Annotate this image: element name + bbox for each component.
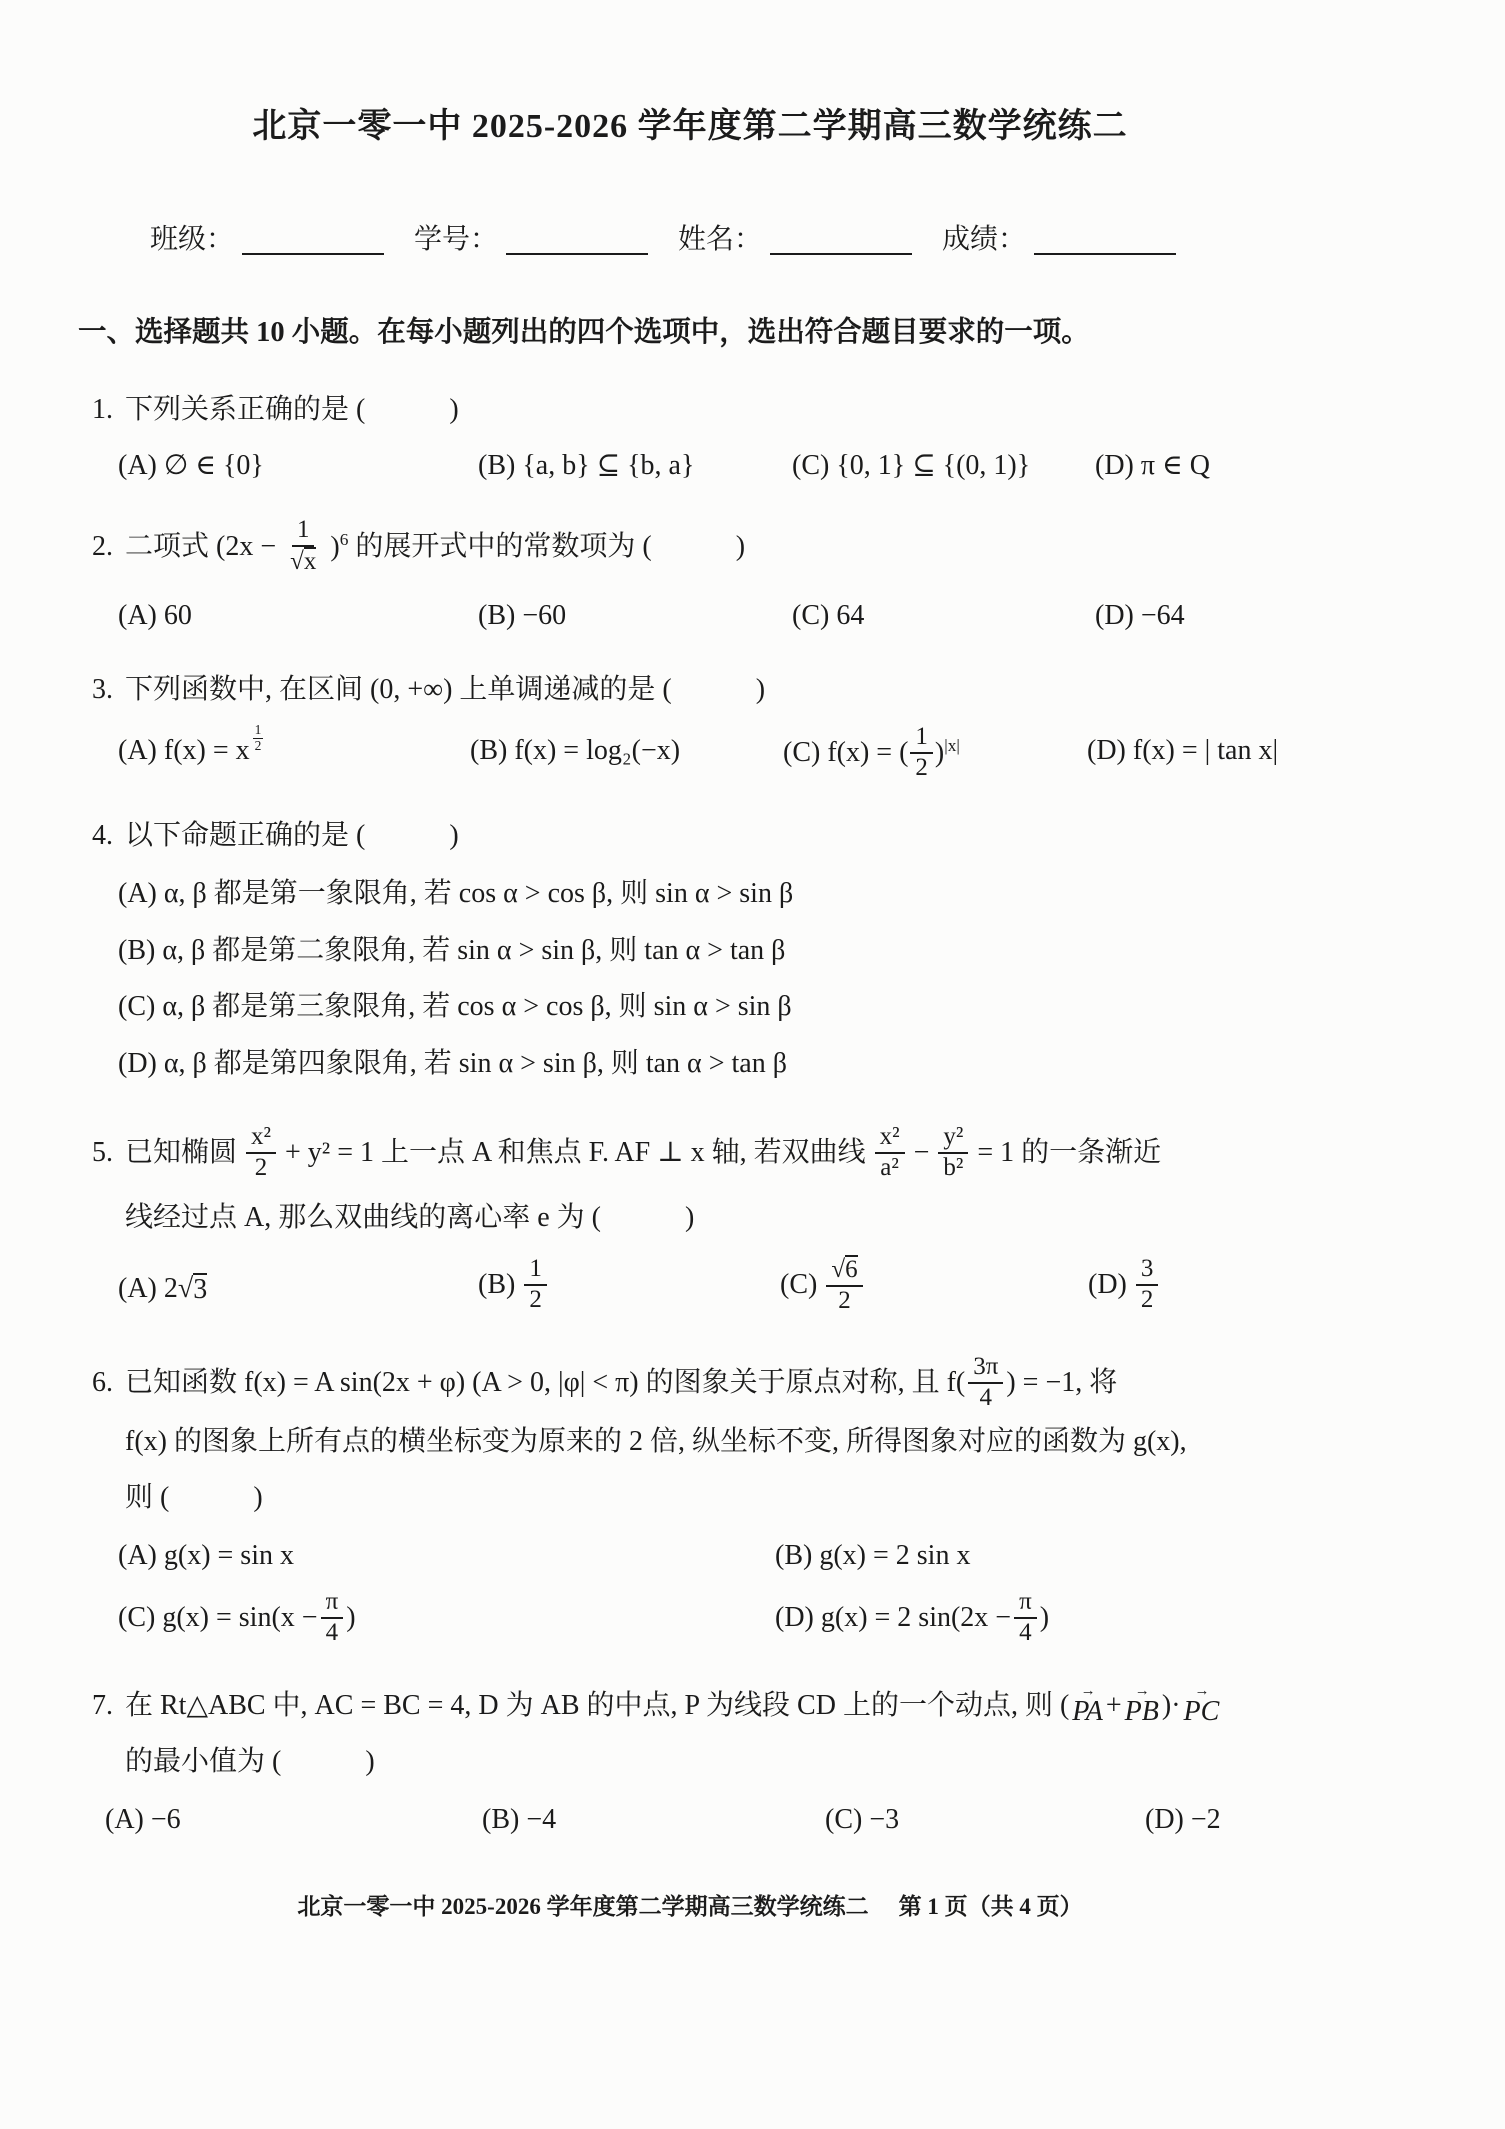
question-3-text: 下列函数中, 在区间 (0, +∞) 上单调递减的是 ( ): [125, 672, 765, 707]
question-2-number: 2.: [92, 529, 113, 564]
question-6-stem-line2: f(x) 的图象上所有点的横坐标变为原来的 2 倍, 纵坐标不变, 所得图象对应…: [125, 1424, 1187, 1459]
frac-den: b²: [938, 1154, 968, 1183]
exponent-abs-x: |x|: [944, 736, 960, 755]
option-a-text: (A) 2: [118, 1273, 178, 1305]
option-a-text: (A) f(x) = x: [118, 735, 250, 767]
name-blank-line: [770, 224, 912, 255]
question-7-stem-line2: 的最小值为 ( ): [125, 1744, 375, 1779]
question-1-text: 下列关系正确的是 ( ): [125, 392, 459, 427]
question-6-stem-line3: 则 ( ): [125, 1480, 263, 1515]
option-c-exponent-group: )|x|: [935, 736, 960, 769]
page-title: 北京一零一中 2025-2026 学年度第二学期高三数学统练二: [0, 106, 1380, 149]
option-c-text: (C) g(x) = sin(x −: [118, 1602, 318, 1634]
question-2-stem: 2. 二项式 (2x − 1 √x )6 的展开式中的常数项为 ( ): [92, 516, 745, 577]
question-7-option-d: (D) −2: [1145, 1804, 1221, 1836]
student-id-label: 学号：: [414, 222, 498, 257]
question-5-text-end: = 1 的一条渐近: [977, 1135, 1161, 1170]
question-4-option-c: (C) α, β 都是第三象限角, 若 cos α > cos β, 则 sin…: [118, 989, 792, 1024]
plus-sign: +: [1106, 1688, 1122, 1723]
score-blank-line: [1034, 224, 1176, 255]
page-footer: 北京一零一中 2025-2026 学年度第二学期高三数学统练二第 1 页（共 4…: [0, 1893, 1380, 1922]
close-paren: ): [935, 737, 944, 768]
three-halves-fraction: 32: [1136, 1255, 1159, 1315]
frac-den: a²: [875, 1154, 904, 1183]
name-label: 姓名：: [678, 222, 762, 257]
question-7-option-b: (B) −4: [482, 1804, 556, 1836]
question-4-option-b: (B) α, β 都是第二象限角, 若 sin α > sin β, 则 tan…: [118, 933, 785, 968]
vector-letters: PC: [1184, 1698, 1220, 1726]
ellipse-fraction: x²2: [246, 1123, 276, 1183]
question-5-text-pre: 已知椭圆: [125, 1135, 237, 1170]
frac-den: 2: [833, 1287, 856, 1316]
question-4-number: 4.: [92, 818, 113, 853]
option-d-label: (D): [1088, 1269, 1127, 1301]
question-7-option-c: (C) −3: [825, 1804, 899, 1836]
radicand: 3: [193, 1273, 207, 1304]
score-label: 成绩：: [942, 222, 1026, 257]
radical-sign: √: [178, 1273, 193, 1305]
question-2-text-post: 的展开式中的常数项为 ( ): [355, 529, 745, 564]
question-4-stem: 4. 以下命题正确的是 ( ): [92, 818, 459, 853]
close-paren: ): [346, 1602, 355, 1634]
frac-num: y²: [938, 1123, 968, 1154]
section-heading: 一、选择题共 10 小题。在每小题列出的四个选项中，选出符合题目要求的一项。: [78, 315, 1090, 351]
question-6-option-a: (A) g(x) = sin x: [118, 1540, 294, 1572]
frac-num: 3: [1136, 1255, 1159, 1286]
option-c-label: (C): [780, 1269, 817, 1301]
exponent-6: 6: [340, 530, 349, 549]
pi-over-4-fraction: π4: [321, 1588, 344, 1648]
question-5-option-a: (A) 2√3: [118, 1273, 207, 1305]
question-4-option-d: (D) α, β 都是第四象限角, 若 sin α > sin β, 则 tan…: [118, 1046, 787, 1081]
close-paren: ): [330, 531, 339, 562]
question-2-option-d: (D) −64: [1095, 600, 1185, 632]
frac-den: 2: [910, 754, 933, 783]
sqrt6-over-2-fraction: √62: [826, 1255, 862, 1316]
hyperbola-y-fraction: y²b²: [938, 1123, 968, 1183]
question-6-number: 6.: [92, 1365, 113, 1400]
frac-num: π: [321, 1588, 344, 1619]
vector-PB: →PB: [1125, 1684, 1159, 1726]
question-5-option-b: (B) 12: [478, 1255, 556, 1315]
question-2-option-c: (C) 64: [792, 600, 864, 632]
sup-num: 1: [253, 723, 264, 739]
question-5-option-d: (D) 32: [1088, 1255, 1167, 1315]
student-id-blank-line: [506, 224, 648, 255]
question-3-option-d: (D) f(x) = | tan x|: [1087, 735, 1278, 767]
frac-num: √6: [826, 1255, 862, 1287]
question-7-number: 7.: [92, 1688, 113, 1723]
student-info-row: 班级： 学号： 姓名： 成绩：: [150, 222, 1176, 257]
frac-den: 2: [250, 1154, 273, 1183]
footer-title: 北京一零一中 2025-2026 学年度第二学期高三数学统练二: [297, 1893, 868, 1922]
question-1-number: 1.: [92, 392, 113, 427]
question-6-text-pre: 已知函数 f(x) = A sin(2x + φ) (A > 0, |φ| < …: [125, 1365, 965, 1400]
question-7-text-pre: 在 Rt△ABC 中, AC = BC = 4, D 为 AB 的中点, P 为…: [125, 1688, 1069, 1723]
question-7-option-a: (A) −6: [105, 1804, 181, 1836]
dot-product-sign: )·: [1162, 1688, 1181, 1723]
vector-letters: PA: [1072, 1698, 1103, 1726]
question-2-option-b: (B) −60: [478, 600, 566, 632]
three-pi-over-4-fraction: 3π4: [968, 1353, 1003, 1413]
frac-den: 4: [1014, 1619, 1037, 1648]
one-half-fraction: 12: [910, 723, 933, 783]
frac-den: 2: [1136, 1286, 1159, 1315]
frac-den: 4: [975, 1384, 998, 1413]
question-1-stem: 1. 下列关系正确的是 ( ): [92, 392, 459, 427]
vector-PC: →PC: [1184, 1684, 1220, 1726]
question-3-option-a: (A) f(x) = x12: [118, 735, 263, 767]
question-2-text-pre: 二项式 (2x −: [125, 529, 276, 564]
question-5-text-mid: + y² = 1 上一点 A 和焦点 F. AF ⊥ x 轴, 若双曲线: [285, 1135, 866, 1170]
question-6-text-end: ) = −1, 将: [1006, 1365, 1117, 1400]
question-1-option-d: (D) π ∈ Q: [1095, 448, 1210, 482]
question-7-stem-line1: 7. 在 Rt△ABC 中, AC = BC = 4, D 为 AB 的中点, …: [92, 1684, 1222, 1726]
question-6-option-c: (C) g(x) = sin(x − π4 ): [118, 1588, 356, 1648]
question-3-option-c: (C) f(x) = ( 12 )|x|: [783, 723, 960, 783]
exam-page: 北京一零一中 2025-2026 学年度第二学期高三数学统练二 班级： 学号： …: [0, 0, 1505, 2129]
question-5-option-c: (C) √62: [780, 1255, 872, 1316]
q2-fraction-numerator: 1: [292, 516, 315, 547]
class-blank-line: [242, 224, 384, 255]
sup-den: 2: [255, 739, 262, 754]
question-3-stem: 3. 下列函数中, 在区间 (0, +∞) 上单调递减的是 ( ): [92, 672, 765, 707]
question-5-stem-line2: 线经过点 A, 那么双曲线的离心率 e 为 ( ): [125, 1200, 694, 1235]
radical-sign: √: [831, 1256, 845, 1283]
option-b-label: (B): [478, 1269, 515, 1301]
question-2-option-a: (A) 60: [118, 600, 192, 632]
radicand: x: [304, 547, 317, 575]
footer-page-number: 第 1 页（共 4 页）: [899, 1893, 1083, 1922]
q2-fraction: 1 √x: [285, 516, 321, 577]
question-3-number: 3.: [92, 672, 113, 707]
radicand: 6: [845, 1255, 858, 1283]
question-1-option-a: (A) ∅ ∈ {0}: [118, 448, 264, 482]
frac-num: π: [1014, 1588, 1037, 1619]
frac-den: 4: [321, 1619, 344, 1648]
frac-den: 2: [524, 1286, 547, 1315]
frac-num: x²: [246, 1123, 276, 1154]
close-paren: ): [1040, 1602, 1049, 1634]
pi-over-4-fraction: π4: [1014, 1588, 1037, 1648]
question-6-option-b: (B) g(x) = 2 sin x: [775, 1540, 970, 1572]
frac-num: x²: [875, 1123, 905, 1154]
vector-PA: →PA: [1072, 1684, 1103, 1726]
q2-fraction-denominator: √x: [285, 547, 321, 577]
radical-sign: √: [290, 548, 304, 575]
frac-num: 1: [524, 1255, 547, 1286]
class-label: 班级：: [150, 222, 234, 257]
option-d-text: (D) g(x) = 2 sin(2x −: [775, 1602, 1011, 1634]
question-4-option-a: (A) α, β 都是第一象限角, 若 cos α > cos β, 则 sin…: [118, 876, 793, 911]
one-half-fraction: 12: [524, 1255, 547, 1315]
question-1-option-b: (B) {a, b} ⊆ {b, a}: [478, 448, 694, 482]
question-6-stem-line1: 6. 已知函数 f(x) = A sin(2x + φ) (A > 0, |φ|…: [92, 1353, 1117, 1413]
option-c-text: (C) f(x) = (: [783, 737, 908, 769]
question-4-text: 以下命题正确的是 ( ): [125, 818, 459, 853]
question-5-stem-line1: 5. 已知椭圆 x²2 + y² = 1 上一点 A 和焦点 F. AF ⊥ x…: [92, 1123, 1161, 1183]
exponent-half-fraction: 12: [253, 723, 264, 754]
frac-num: 1: [910, 723, 933, 754]
vector-letters: PB: [1125, 1698, 1159, 1726]
question-6-option-d: (D) g(x) = 2 sin(2x − π4 ): [775, 1588, 1049, 1648]
question-2-exponent-group: )6: [330, 529, 355, 564]
frac-num: 3π: [968, 1353, 1003, 1384]
minus-sign: −: [914, 1135, 930, 1170]
hyperbola-x-fraction: x²a²: [875, 1123, 905, 1183]
question-5-number: 5.: [92, 1135, 113, 1170]
question-1-option-c: (C) {0, 1} ⊆ {(0, 1)}: [792, 448, 1030, 482]
question-3-option-b: (B) f(x) = log₂(−x): [470, 735, 680, 767]
